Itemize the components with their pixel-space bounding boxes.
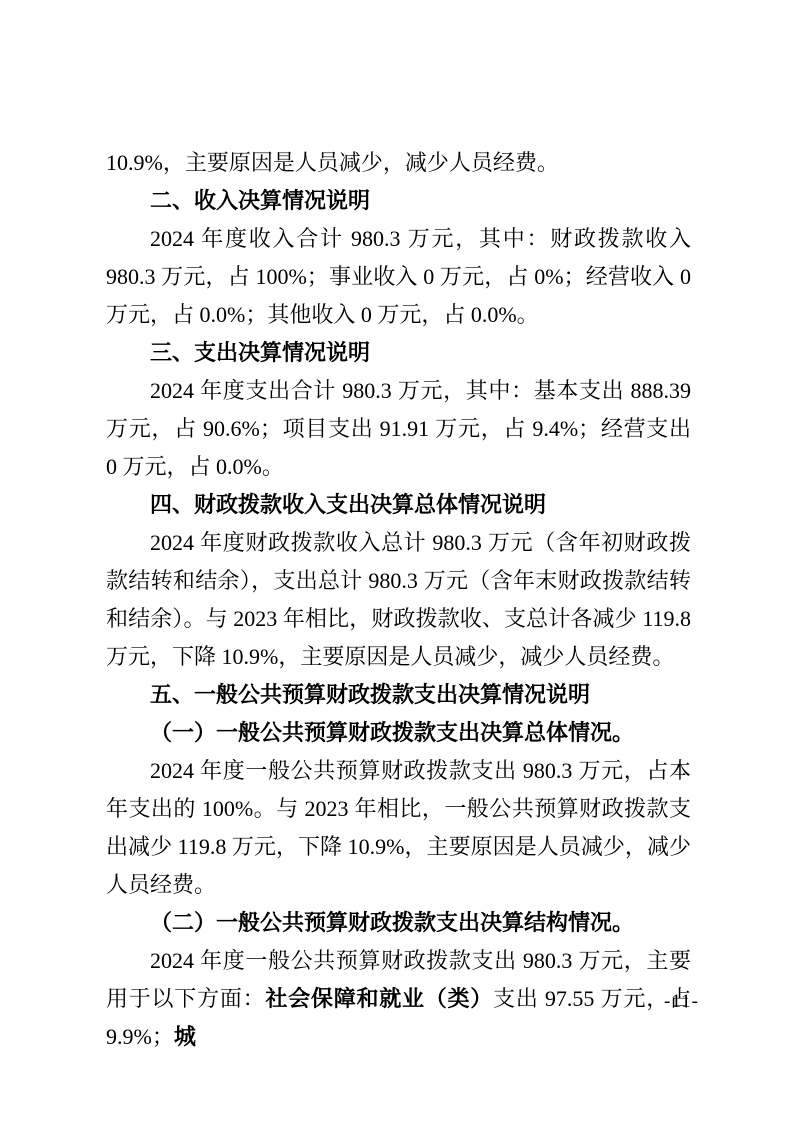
body-paragraph: 2024 年度一般公共预算财政拨款支出 980.3 万元，占本年支出的 100%… — [106, 752, 691, 904]
bold-text-run: 社会保障和就业（类） — [265, 986, 493, 1011]
section-heading: 三、支出决算情况说明 — [106, 334, 691, 372]
bold-text-run: 城 — [174, 1024, 196, 1049]
document-page: 10.9%，主要原因是人员减少，减少人员经费。二、收入决算情况说明2024 年度… — [0, 0, 793, 1122]
page-number: -11- — [664, 991, 699, 1013]
section-heading: 五、一般公共预算财政拨款支出决算情况说明 — [106, 676, 691, 714]
body-paragraph: 10.9%，主要原因是人员减少，减少人员经费。 — [106, 144, 691, 182]
subsection-heading: （一）一般公共预算财政拨款支出决算总体情况。 — [106, 714, 691, 752]
body-paragraph: 2024 年度收入合计 980.3 万元，其中：财政拨款收入 980.3 万元，… — [106, 220, 691, 334]
body-paragraph: 2024 年度一般公共预算财政拨款支出 980.3 万元，主要用于以下方面：社会… — [106, 942, 691, 1056]
subsection-heading: （二）一般公共预算财政拨款支出决算结构情况。 — [106, 904, 691, 942]
body-paragraph: 2024 年度支出合计 980.3 万元，其中：基本支出 888.39 万元，占… — [106, 372, 691, 486]
body-paragraph: 2024 年度财政拨款收入总计 980.3 万元（含年初财政拨款结转和结余），支… — [106, 524, 691, 676]
document-body: 10.9%，主要原因是人员减少，减少人员经费。二、收入决算情况说明2024 年度… — [106, 144, 691, 1056]
section-heading: 二、收入决算情况说明 — [106, 182, 691, 220]
section-heading: 四、财政拨款收入支出决算总体情况说明 — [106, 486, 691, 524]
